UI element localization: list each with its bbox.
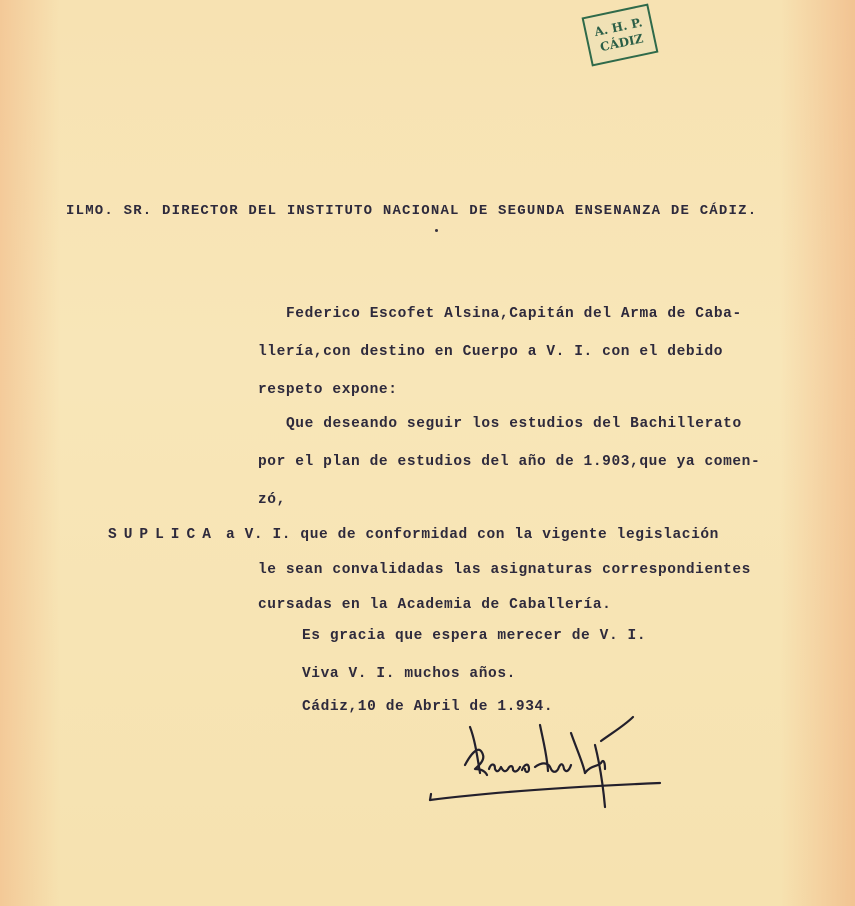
suplica-label: SUPLICA: [108, 527, 218, 543]
document-page: A. H. P. CÁDIZ ILMO. SR. DIRECTOR DEL IN…: [0, 0, 855, 906]
intro-line: respeto expone:: [258, 382, 398, 398]
suplica-line: a V. I. que de conformidad con la vigent…: [226, 527, 719, 543]
intro-line: llería,con destino en Cuerpo a V. I. con…: [258, 344, 723, 360]
ink-speck: [435, 229, 438, 232]
archive-stamp: A. H. P. CÁDIZ: [582, 3, 659, 66]
suplica-line: le sean convalidadas las asignaturas cor…: [258, 562, 751, 578]
suplica-line: cursadas en la Academia de Caballería.: [258, 597, 611, 613]
addressee-heading: ILMO. SR. DIRECTOR DEL INSTITUTO NACIONA…: [66, 203, 757, 219]
closing-line: Viva V. I. muchos años.: [302, 666, 516, 682]
signature: [425, 705, 670, 815]
expone-line: zó,: [258, 492, 286, 508]
expone-line: Que deseando seguir los estudios del Bac…: [286, 416, 742, 432]
closing-line: Es gracia que espera merecer de V. I.: [302, 628, 646, 644]
expone-line: por el plan de estudios del año de 1.903…: [258, 454, 760, 470]
intro-line: Federico Escofet Alsina,Capitán del Arma…: [286, 306, 742, 322]
